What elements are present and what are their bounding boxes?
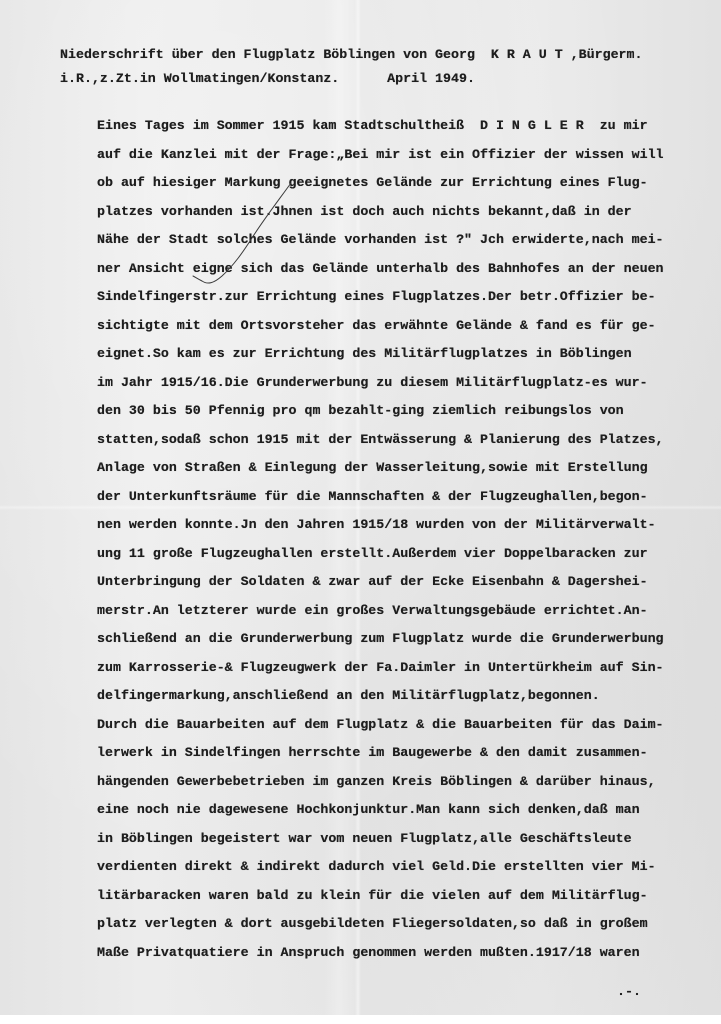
body-line: in Böblingen begeistert war vom neuen Fl… xyxy=(97,825,664,854)
body-line: schließend an die Grunderwerbung zum Flu… xyxy=(97,625,664,654)
body-line: ung 11 große Flugzeughallen erstellt.Auß… xyxy=(97,540,664,569)
header-title-line: Niederschrift über den Flugplatz Böbling… xyxy=(60,47,643,62)
body-line: Nähe der Stadt solches Gelände vorhanden… xyxy=(97,226,664,255)
body-line: ner Ansicht eigne sich das Gelände unter… xyxy=(97,255,664,284)
body-text: Eines Tages im Sommer 1915 kam Stadtschu… xyxy=(97,112,664,967)
body-line: der Unterkunftsräume für die Mannschafte… xyxy=(97,483,664,512)
body-line: eignet.So kam es zur Errichtung des Mili… xyxy=(97,340,664,369)
body-line: sichtigte mit dem Ortsvorsteher das erwä… xyxy=(97,312,664,341)
body-line: ob auf hiesiger Markung geeignetes Gelän… xyxy=(97,169,664,198)
body-line: statten,sodaß schon 1915 mit der Entwäss… xyxy=(97,426,664,455)
header-author-date-line: i.R.,z.Zt.in Wollmatingen/Konstanz. Apri… xyxy=(60,71,475,86)
scan-border xyxy=(0,1015,721,1024)
body-line: Maße Privatquatiere in Anspruch genommen… xyxy=(97,939,664,968)
body-line: Anlage von Straßen & Einlegung der Wasse… xyxy=(97,454,664,483)
body-line: eine noch nie dagewesene Hochkonjunktur.… xyxy=(97,796,664,825)
body-line: delfingermarkung,anschließend an den Mil… xyxy=(97,682,664,711)
body-line: platzes vorhanden ist.Jhnen ist doch auc… xyxy=(97,198,664,227)
body-line: hängenden Gewerbebetrieben im ganzen Kre… xyxy=(97,768,664,797)
body-line: den 30 bis 50 Pfennig pro qm bezahlt-gin… xyxy=(97,397,664,426)
continuation-mark: .-. xyxy=(617,984,641,999)
body-line: zum Karrosserie-& Flugzeugwerk der Fa.Da… xyxy=(97,654,664,683)
body-line: merstr.An letzterer wurde ein großes Ver… xyxy=(97,597,664,626)
body-line: Unterbringung der Soldaten & zwar auf de… xyxy=(97,568,664,597)
body-line: lerwerk in Sindelfingen herrschte im Bau… xyxy=(97,739,664,768)
body-line: nen werden konnte.Jn den Jahren 1915/18 … xyxy=(97,511,664,540)
body-line: Eines Tages im Sommer 1915 kam Stadtschu… xyxy=(97,112,664,141)
body-line: Sindelfingerstr.zur Errichtung eines Flu… xyxy=(97,283,664,312)
body-line: im Jahr 1915/16.Die Grunderwerbung zu di… xyxy=(97,369,664,398)
body-line: platz verlegten & dort ausgebildeten Fli… xyxy=(97,910,664,939)
body-line: auf die Kanzlei mit der Frage:„Bei mir i… xyxy=(97,141,664,170)
body-line: verdienten direkt & indirekt dadurch vie… xyxy=(97,853,664,882)
body-line: Durch die Bauarbeiten auf dem Flugplatz … xyxy=(97,711,664,740)
body-line: litärbaracken waren bald zu klein für di… xyxy=(97,882,664,911)
